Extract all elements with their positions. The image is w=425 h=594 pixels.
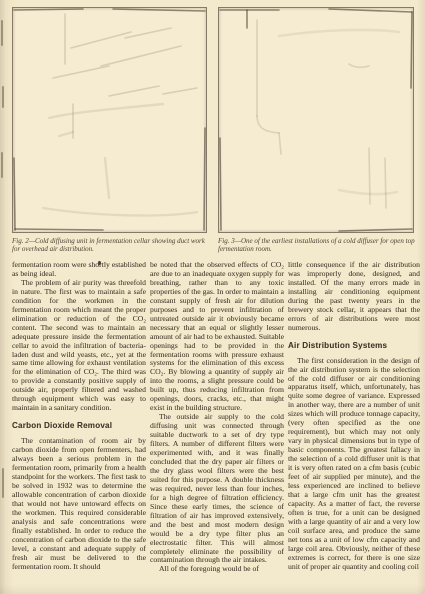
paragraph: The first consideration in the design of… xyxy=(288,357,420,572)
paragraph: little consequence if the air distributi… xyxy=(288,261,420,333)
figure-3-faded-image xyxy=(219,8,413,232)
paragraph: The outside air supply to the cold diffu… xyxy=(150,413,284,565)
figure-2-faded-image xyxy=(13,8,206,232)
text-column-1: fermentation room were shortly establish… xyxy=(12,261,146,579)
figure-2-caption: Fig. 2—Cold diffusing unit in fermentati… xyxy=(12,237,210,254)
figure-3-caption: Fig. 3—One of the earliest installations… xyxy=(218,237,416,254)
figure-3-photo xyxy=(218,7,414,233)
text-column-2: be noted that the observed effects of CO… xyxy=(150,261,284,579)
scanned-page: Fig. 2—Cold diffusing unit in fermentati… xyxy=(0,0,425,594)
text-column-3: little consequence if the air distributi… xyxy=(288,261,420,579)
paragraph: fermentation room were shortly establish… xyxy=(12,261,146,279)
section-heading-air-distribution-systems: Air Distribution Systems xyxy=(288,341,420,350)
scan-edge-artifact xyxy=(2,468,4,498)
scan-edge-artifact xyxy=(1,20,3,46)
section-heading-carbon-dioxide-removal: Carbon Dioxide Removal xyxy=(12,421,146,430)
paragraph: The contamination of room air by carbon … xyxy=(12,437,146,571)
paragraph: The problem of air purity was threefold … xyxy=(12,279,146,413)
paragraph: All of the foregoing would be of xyxy=(150,565,284,574)
scan-edge-artifact xyxy=(1,152,3,178)
paragraph: be noted that the observed effects of CO… xyxy=(150,261,284,413)
scan-edge-artifact xyxy=(2,86,4,108)
figure-2-photo xyxy=(12,7,207,233)
